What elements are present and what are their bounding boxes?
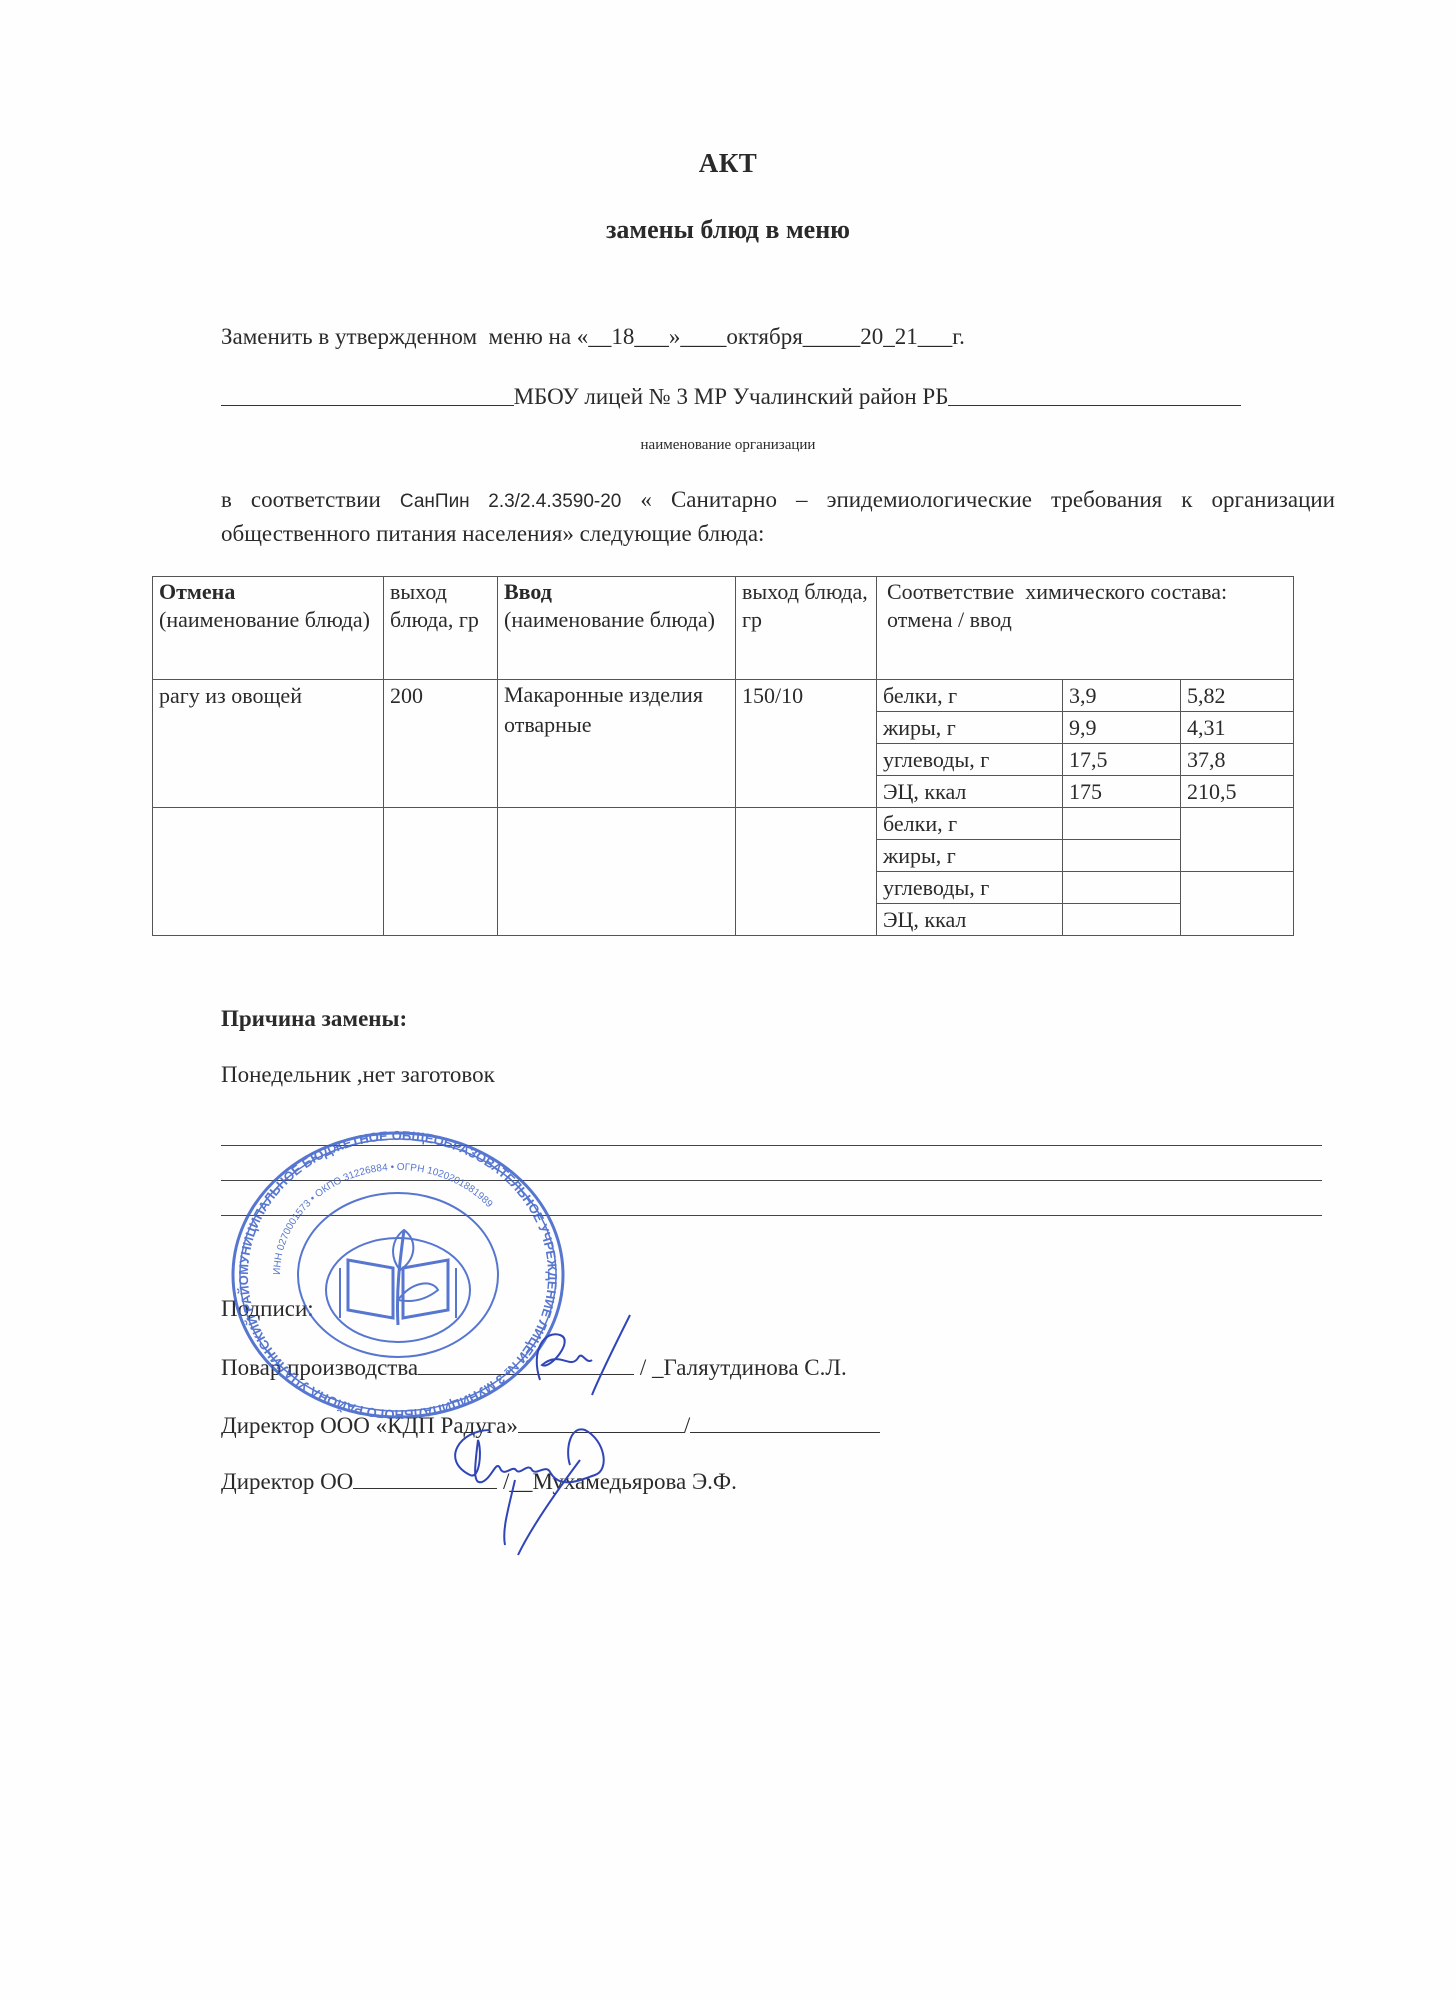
input-dish-cell (498, 808, 736, 936)
nutrient-label: углеводы, г (877, 872, 1063, 904)
reason-label: Причина замены: (221, 1006, 407, 1032)
sanpin-reference: СанПин 2.3/2.4.3590-20 (400, 491, 621, 512)
signatures-label: Подписи: (221, 1296, 314, 1322)
nutrient-cancel-value: 17,5 (1063, 744, 1181, 776)
nutrient-label: углеводы, г (877, 744, 1063, 776)
nutrient-label: ЭЦ, ккал (877, 776, 1063, 808)
organization-caption: наименование организации (0, 437, 1456, 454)
nutrient-cancel-value: 3,9 (1063, 680, 1181, 712)
header-yield-cancel: выход блюда, гр (384, 577, 498, 680)
date-month: октября (726, 324, 802, 349)
reason-blank-line (221, 1145, 1322, 1146)
signature-blank (418, 1352, 634, 1375)
nutrient-input-value: 210,5 (1181, 776, 1294, 808)
reason-text: Понедельник ,нет заготовок (221, 1062, 495, 1088)
signature-role: Директор ООО «КДП Радуга» (221, 1413, 518, 1438)
nutrient-label: ЭЦ, ккал (877, 904, 1063, 936)
document-title: АКТ (0, 148, 1456, 179)
replacement-date-line: Заменить в утвержденном меню на «__18___… (221, 324, 965, 350)
organization-line: МБОУ лицей № 3 МР Учалинский район РБ (221, 384, 1241, 410)
nutrient-input-value: 37,8 (1181, 744, 1294, 776)
cancel-dish-cell: рагу из овощей (153, 680, 384, 808)
signature-name-blank (690, 1410, 880, 1433)
nutrient-input-value (1181, 872, 1294, 936)
header-yield-input: выход блюда, гр (736, 577, 877, 680)
reason-blank-line (221, 1180, 1322, 1181)
header-composition: Соответствие химического состава: отмена… (877, 577, 1294, 680)
date-suffix: ___г. (918, 324, 965, 349)
date-day: __18___ (588, 324, 669, 349)
nutrient-label: белки, г (877, 808, 1063, 840)
signature-name: Мухамедьярова Э.Ф. (532, 1469, 736, 1494)
nutrient-input-value: 4,31 (1181, 712, 1294, 744)
date-gap: _____ (803, 324, 861, 349)
signature-blank (353, 1466, 497, 1489)
nutrient-cancel-value (1063, 904, 1181, 936)
nutrient-label: жиры, г (877, 840, 1063, 872)
svg-text:ИНН 0270001573 • ОКПО 31226884: ИНН 0270001573 • ОКПО 31226884 • ОГРН 10… (272, 1162, 495, 1275)
org-underline-right (948, 405, 1241, 406)
cancel-dish-cell (153, 808, 384, 936)
input-yield-cell (736, 808, 877, 936)
header-cancel: Отмена (наименование блюда) (153, 577, 384, 680)
signature-blank (518, 1410, 684, 1433)
signature-role: Директор ОО (221, 1469, 353, 1494)
signature-role: Повар производства (221, 1355, 418, 1380)
signature-row-cook: Повар производства / _Галяутдинова С.Л. (221, 1352, 847, 1381)
date-prefix: Заменить в утвержденном меню на « (221, 324, 588, 349)
replacement-table: Отмена (наименование блюда) выход блюда,… (152, 576, 1294, 936)
reason-blank-line (221, 1215, 1322, 1216)
input-dish-cell: Макаронные изделия отварные (498, 680, 736, 808)
scanned-document-page: АКТ замены блюд в меню Заменить в утверж… (0, 0, 1456, 2000)
document-subtitle: замены блюд в меню (0, 215, 1456, 245)
intro-paragraph: в соответствии СанПин 2.3/2.4.3590-20 « … (221, 484, 1335, 550)
signature-row-kdp-director: Директор ООО «КДП Радуга»/ (221, 1410, 880, 1439)
nutrient-input-value: 5,82 (1181, 680, 1294, 712)
table-header-row: Отмена (наименование блюда) выход блюда,… (153, 577, 1294, 680)
signature-name: Галяутдинова С.Л. (664, 1355, 847, 1380)
nutrient-label: белки, г (877, 680, 1063, 712)
nutrient-cancel-value: 9,9 (1063, 712, 1181, 744)
nutrient-cancel-value: 175 (1063, 776, 1181, 808)
intro-before: в соответствии (221, 487, 400, 512)
organization-name: МБОУ лицей № 3 МР Учалинский район РБ (514, 384, 949, 410)
org-underline-left (221, 405, 514, 406)
header-input: Ввод(наименование блюда) (498, 577, 736, 680)
nutrient-label: жиры, г (877, 712, 1063, 744)
nutrient-cancel-value (1063, 872, 1181, 904)
date-mid: »____ (669, 324, 727, 349)
date-year: 20_21 (860, 324, 918, 349)
nutrient-cancel-value (1063, 808, 1181, 840)
cancel-yield-cell (384, 808, 498, 936)
table-row: белки, г (153, 808, 1294, 840)
signature-row-oo-director: Директор ОО /__Мухамедьярова Э.Ф. (221, 1466, 737, 1495)
nutrient-input-value (1181, 808, 1294, 872)
cancel-yield-cell: 200 (384, 680, 498, 808)
signature-separator: /__ (497, 1469, 532, 1494)
input-yield-cell: 150/10 (736, 680, 877, 808)
table-row: рагу из овощей 200 Макаронные изделия от… (153, 680, 1294, 712)
nutrient-cancel-value (1063, 840, 1181, 872)
signature-separator: / _ (634, 1355, 663, 1380)
